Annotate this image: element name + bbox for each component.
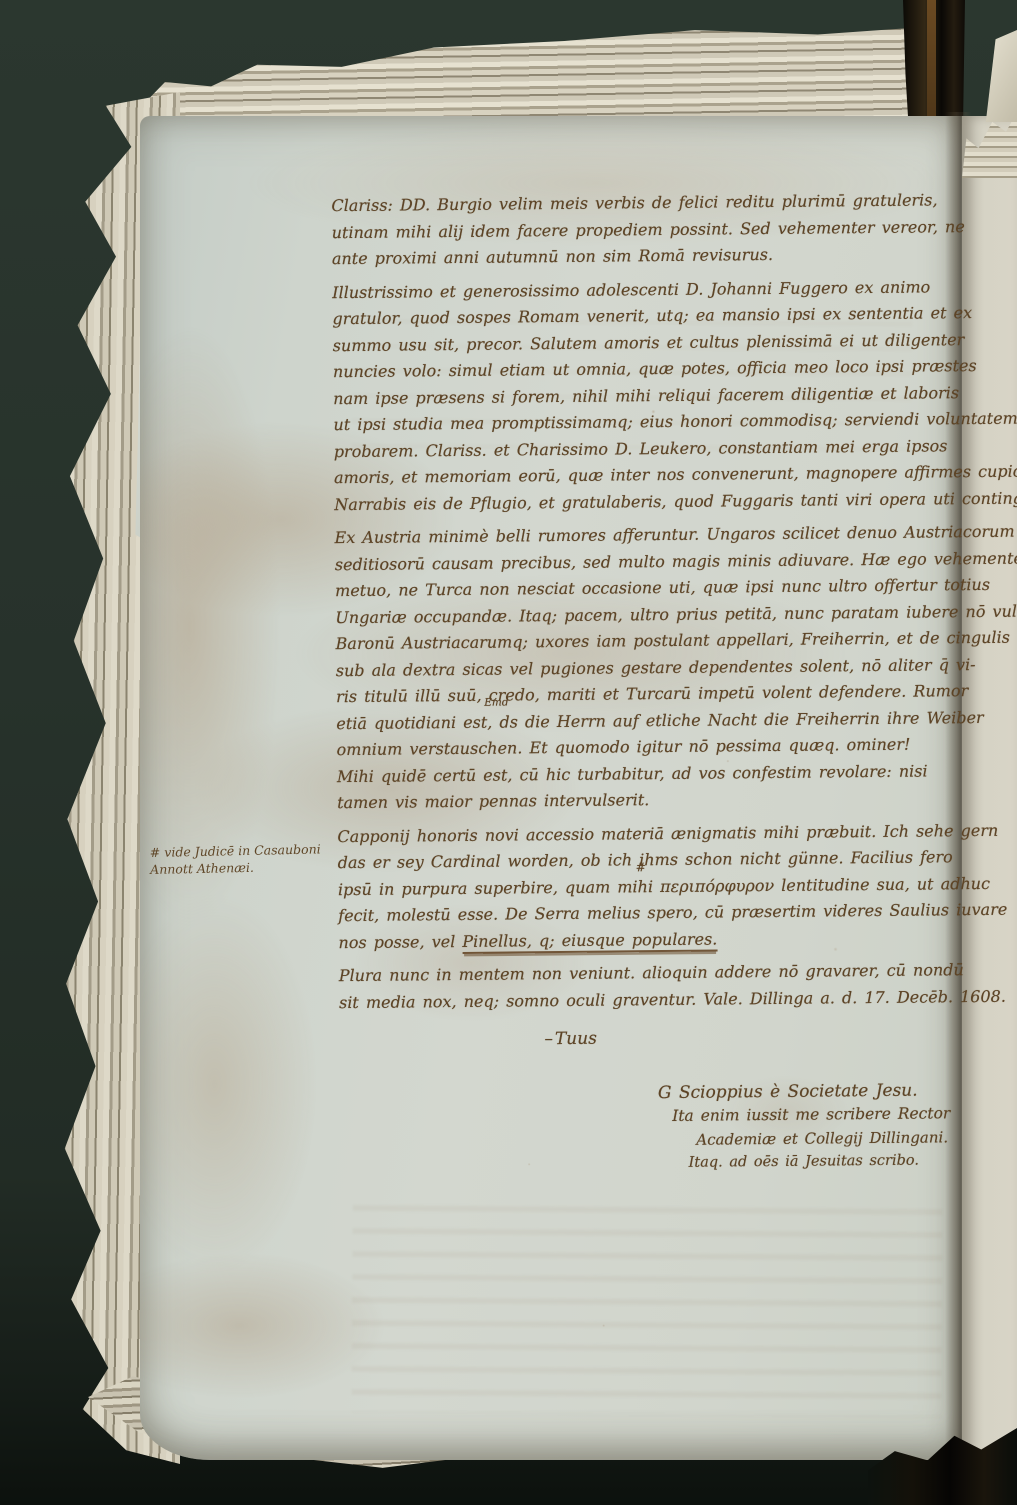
interlinear-insertion: Emd [484, 697, 508, 707]
signature-block: G Scioppius è Societate Jesu. Ita enim i… [658, 1078, 997, 1175]
photograph-backdrop: # vide Judicē in Casauboni Annott Athenæ… [0, 0, 1017, 1505]
closing-flourish: – [544, 1029, 551, 1049]
paragraph: Plura nunc in mentem non veniunt. alioqu… [339, 957, 995, 1016]
text-line: tamen vis maior pennas intervulserit. [337, 784, 993, 817]
paragraph: Ex Austria minimè belli rumores afferunt… [334, 519, 993, 817]
text-line: ante proximi anni autumnū non sim Romā r… [332, 240, 988, 273]
signature-line: Ita enim iussit me scribere Rector [658, 1102, 996, 1129]
facing-page-corner [978, 30, 1017, 122]
marginal-note: # vide Judicē in Casauboni Annott Athenæ… [150, 840, 341, 878]
underlined-passage: Pinellus, q; eiusque populares. [462, 929, 717, 953]
letter-text-block: Clariss: DD. Burgio velim meis verbis de… [331, 187, 996, 1179]
signature-line: G Scioppius è Societate Jesu. [658, 1078, 996, 1105]
closing-salutation: –Tuus [544, 1022, 995, 1053]
paragraph: Clariss: DD. Burgio velim meis verbis de… [331, 187, 988, 273]
text-line-underlined: nos posse, vel Pinellus, q; eiusque popu… [338, 923, 994, 956]
signature-line: Academiæ et Collegij Dillingani. [658, 1125, 996, 1152]
closing-word: Tuus [555, 1029, 597, 1049]
text-line: Narrabis eis de Pflugio, et gratulaberis… [334, 485, 990, 518]
paragraph: Capponij honoris novi accessio materiā æ… [337, 817, 994, 956]
text-line: sit media nox, neq; somno oculi graventu… [339, 983, 995, 1016]
paragraph: Illustrissimo et generosissimo adolescen… [332, 273, 990, 518]
marginal-reference-mark: # [636, 862, 646, 872]
text-line: etiā quotidiani est, ds die Herrn auf et… [336, 707, 983, 732]
text-line-prefix: nos posse, vel [338, 931, 462, 951]
signature-line: Itaq. ad oēs iā Jesuitas scribo. [659, 1149, 997, 1176]
text-line: ipsū in purpura superbire, quam mihi περ… [338, 873, 990, 898]
